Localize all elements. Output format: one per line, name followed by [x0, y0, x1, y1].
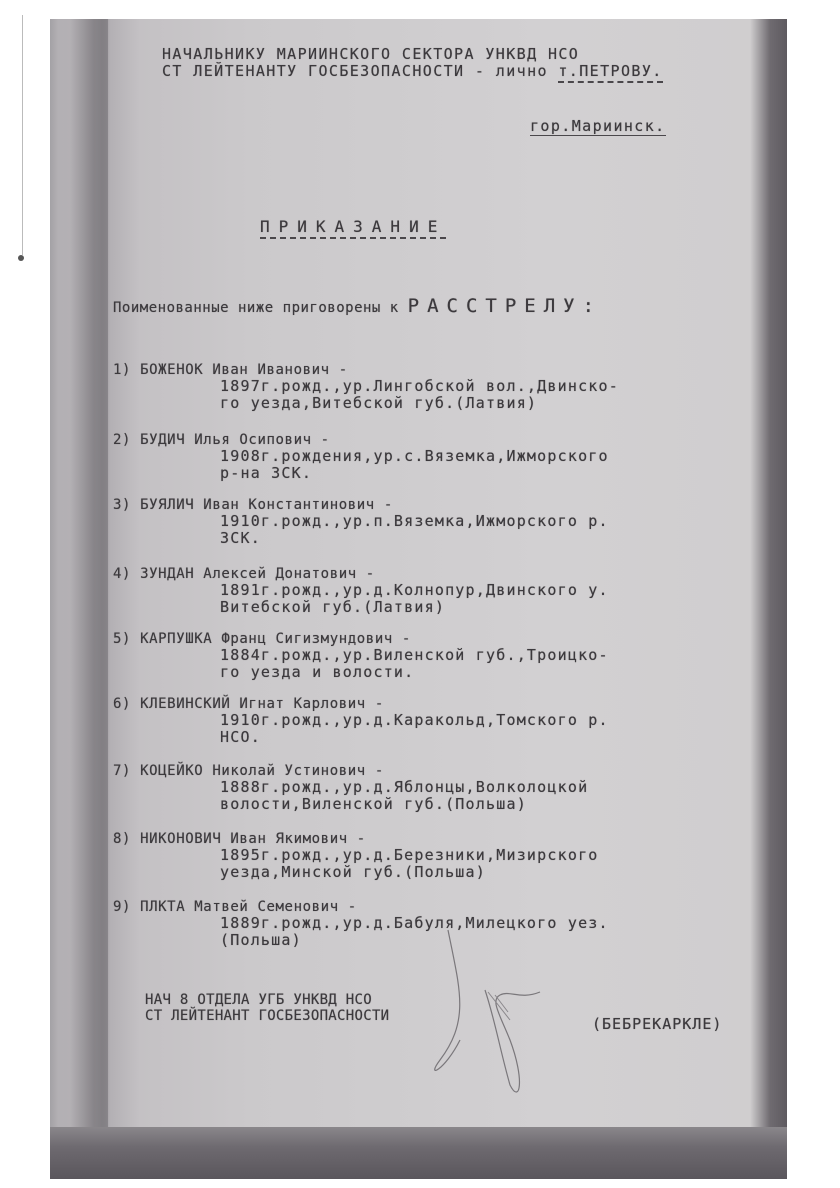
- entry-detail: 1891г.рожд.,ур.д.Колнопур,Двинского у.: [220, 582, 609, 599]
- margin-dot: [18, 255, 24, 261]
- list-item: 2) БУДИЧ Илья Осипович -1908г.рождения,у…: [113, 432, 502, 482]
- entry-detail: Витебской губ.(Латвия): [220, 599, 609, 616]
- list-item: 1) БОЖЕНОК Иван Иванович -1897г.рожд.,ур…: [113, 362, 512, 412]
- title-text: ПРИКАЗАНИЕ: [260, 217, 446, 239]
- entry-detail: 1910г.рожд.,ур.д.Каракольд,Томского р.: [220, 712, 609, 729]
- list-item: 3) БУЯЛИЧ Иван Константинович -1910г.рож…: [113, 497, 502, 547]
- entry-name: 2) БУДИЧ Илья Осипович -: [113, 432, 502, 448]
- handwritten-signature: [400, 920, 600, 1120]
- entry-detail: ЗСК.: [220, 530, 609, 547]
- entry-name: 5) КАРПУШКА Франц Сигизмундович -: [113, 631, 502, 647]
- addressee-line-1: НАЧАЛЬНИКУ МАРИИНСКОГО СЕКТОРА УНКВД НСО: [162, 45, 579, 63]
- intro-line: Поименованные ниже приговорены к РАССТРЕ…: [113, 295, 602, 317]
- document-title: ПРИКАЗАНИЕ: [260, 217, 446, 236]
- entry-detail: 1895г.рожд.,ур.д.Березники,Мизирского: [220, 847, 599, 864]
- entry-name: 1) БОЖЕНОК Иван Иванович -: [113, 362, 512, 378]
- list-item: 6) КЛЕВИНСКИЙ Игнат Карлович -1910г.рожд…: [113, 696, 502, 746]
- addressee-name: т.ПЕТРОВУ.: [558, 62, 662, 83]
- entry-detail: 1908г.рождения,ур.с.Вяземка,Ижморского: [220, 448, 609, 465]
- list-item: 4) ЗУНДАН Алексей Донатович -1891г.рожд.…: [113, 566, 502, 616]
- entry-detail: 1910г.рожд.,ур.п.Вяземка,Ижморского р.: [220, 513, 609, 530]
- entry-name: 6) КЛЕВИНСКИЙ Игнат Карлович -: [113, 696, 502, 712]
- entry-detail: р-на ЗСК.: [220, 465, 609, 482]
- signatory-name: (БЕБРЕКАРКЛЕ): [592, 1015, 722, 1033]
- addressee-rank: СТ ЛЕЙТЕНАНТУ ГОСБЕЗОПАСНОСТИ - лично: [162, 62, 558, 80]
- entry-name: 9) ПЛКТА Матвей Семенович -: [113, 899, 502, 915]
- entry-detail: го уезда и волости.: [220, 664, 609, 681]
- list-item: 5) КАРПУШКА Франц Сигизмундович -1884г.р…: [113, 631, 502, 681]
- entry-name: 8) НИКОНОВИЧ Иван Якимович -: [113, 831, 492, 847]
- binding-spine: [50, 19, 108, 1179]
- entry-name: 7) КОЦЕЙКО Николай Устинович -: [113, 763, 481, 779]
- entry-detail: НСО.: [220, 729, 609, 746]
- entry-name: 4) ЗУНДАН Алексей Донатович -: [113, 566, 502, 582]
- intro-emphasis: РАССТРЕЛУ:: [408, 295, 602, 317]
- entry-name: 3) БУЯЛИЧ Иван Константинович -: [113, 497, 502, 513]
- entry-detail: го уезда,Витебской губ.(Латвия): [220, 395, 619, 412]
- entry-detail: 1897г.рожд.,ур.Лингобской вол.,Двинско-: [220, 378, 619, 395]
- addressee-line-2: СТ ЛЕЙТЕНАНТУ ГОСБЕЗОПАСНОСТИ - лично т.…: [162, 62, 663, 80]
- place-text: гор.Мариинск.: [530, 117, 666, 136]
- list-item: 8) НИКОНОВИЧ Иван Якимович -1895г.рожд.,…: [113, 831, 492, 881]
- place-of-issue: гор.Мариинск.: [530, 117, 666, 135]
- entry-detail: уезда,Минской губ.(Польша): [220, 864, 599, 881]
- entry-detail: 1888г.рожд.,ур.д.Яблонцы,Волколоцкой: [220, 779, 588, 796]
- signatory-line-1: НАЧ 8 ОТДЕЛА УГБ УНКВД НСО: [145, 993, 372, 1008]
- intro-text: Поименованные ниже приговорены к: [113, 300, 408, 316]
- entry-detail: волости,Виленской губ.(Польша): [220, 796, 588, 813]
- entry-detail: 1884г.рожд.,ур.Виленской губ.,Троицко-: [220, 647, 609, 664]
- signatory-line-2: СТ ЛЕЙТЕНАНТ ГОСБЕЗОПАСНОСТИ: [145, 1009, 389, 1024]
- margin-pencil-mark: [22, 15, 25, 255]
- list-item: 7) КОЦЕЙКО Николай Устинович -1888г.рожд…: [113, 763, 481, 813]
